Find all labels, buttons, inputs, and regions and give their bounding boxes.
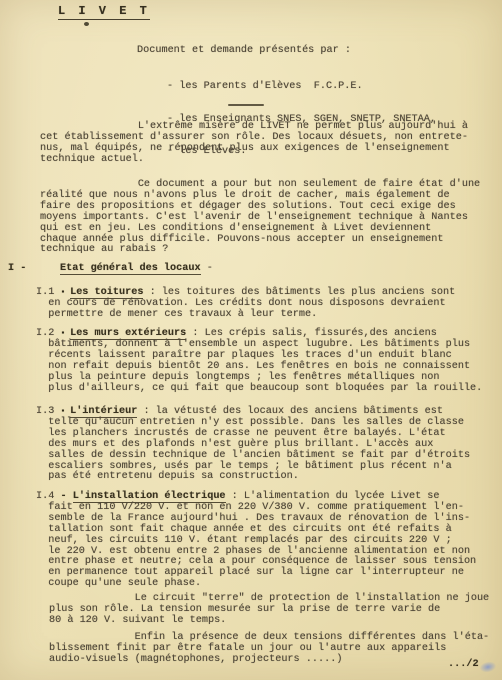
- paragraph-circuit-terre: Le circuit "terre" de protection de l'in…: [49, 594, 489, 627]
- item-number: I.3: [36, 406, 60, 417]
- section-murs-exterieurs: I.2 ▪ Les murs extérieurs : Les crépis s…: [36, 329, 482, 394]
- dash-icon: -: [60, 491, 72, 502]
- title-underline-dot: [84, 22, 89, 26]
- page-continuation-marker: .../2: [448, 660, 479, 671]
- paragraph-misere: L'extrême misère de LIVET ne permet plus…: [40, 122, 468, 166]
- section-title: Etat général des locaux: [60, 263, 201, 275]
- list-item: - les Parents d'Elèves F.C.P.E.: [167, 82, 436, 93]
- document-title: L I V E T: [58, 6, 150, 20]
- paragraph-but-document: Ce document a pour but non seulement de …: [40, 180, 480, 256]
- item-number: I.2: [36, 328, 60, 339]
- separator-rule: [228, 104, 264, 106]
- bullet-icon: ▪: [60, 329, 70, 338]
- section-installation-electrique: I.4 - L'installation électrique : L'alim…: [36, 492, 476, 590]
- item-number: I.1: [36, 287, 60, 298]
- item-text: : L'alimentation du lycée Livet se fait …: [36, 491, 476, 589]
- section-title-dash: -: [201, 263, 213, 274]
- section-numeral: I -: [8, 264, 26, 275]
- item-number: I.4: [36, 491, 60, 502]
- paragraph-tensions: Enfin la présence de deux tensions diffé…: [49, 633, 489, 666]
- bullet-icon: ▪: [60, 407, 70, 416]
- section-toitures: I.1 ▪ Les toitures : les toitures des bâ…: [36, 288, 455, 321]
- scanned-document-page: L I V E T Document et demande présentés …: [0, 0, 502, 680]
- bullet-icon: ▪: [60, 288, 70, 297]
- item-text: : la vétusté des locaux des anciens bâti…: [36, 406, 470, 482]
- intro-presented-by: Document et demande présentés par :: [137, 46, 351, 57]
- section-title-wrap: Etat général des locaux -: [60, 264, 213, 275]
- section-interieur: I.3 ▪ L'intérieur : la vétusté des locau…: [36, 407, 470, 483]
